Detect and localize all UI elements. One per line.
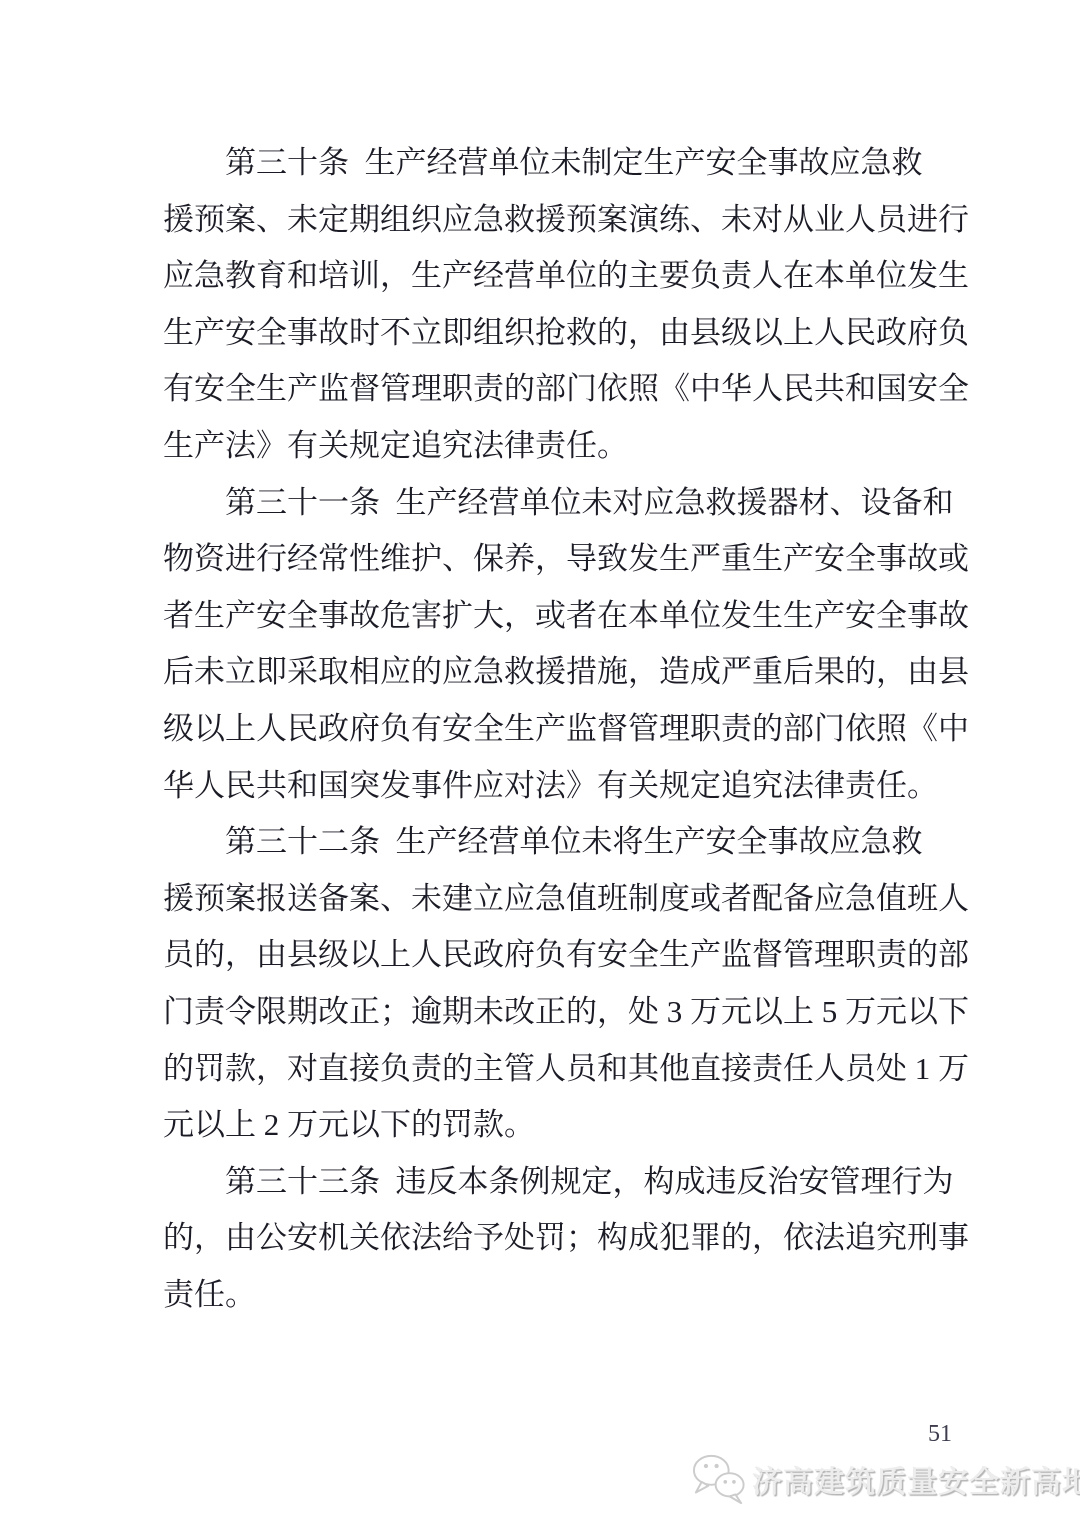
text-line: 援预案、未定期组织应急救援预案演练、未对从业人员进行 [163,192,929,249]
text-line: 援预案报送备案、未建立应急值班制度或者配备应急值班人 [163,871,929,928]
text-line: 第三十二条 生产经营单位未将生产安全事故应急救 [163,814,929,871]
text-line: 生产安全事故时不立即组织抢救的，由县级以上人民政府负 [163,305,929,362]
text-line: 第三十条 生产经营单位未制定生产安全事故应急救 [163,135,929,192]
document-page: 第三十条 生产经营单位未制定生产安全事故应急救援预案、未定期组织应急救援预案演练… [0,0,1080,1527]
text-line: 员的，由县级以上人民政府负有安全生产监督管理职责的部 [163,927,929,984]
page-number: 51 [928,1420,952,1448]
text-line: 门责令限期改正；逾期未改正的，处 3 万元以上 5 万元以下 [163,984,929,1041]
document-body: 第三十条 生产经营单位未制定生产安全事故应急救援预案、未定期组织应急救援预案演练… [163,135,929,1323]
watermark-text: 济高建筑质量安全新高地 [752,1457,1080,1501]
text-line: 责任。 [163,1267,929,1324]
text-line: 后未立即采取相应的应急救援措施，造成严重后果的，由县 [163,644,929,701]
text-line: 级以上人民政府负有安全生产监督管理职责的部门依照《中 [163,701,929,758]
text-line: 的罚款，对直接负责的主管人员和其他直接责任人员处 1 万 [163,1041,929,1098]
text-line: 元以上 2 万元以下的罚款。 [163,1097,929,1154]
text-line: 有安全生产监督管理职责的部门依照《中华人民共和国安全 [163,361,929,418]
text-line: 物资进行经常性维护、保养，导致发生严重生产安全事故或 [163,531,929,588]
text-line: 第三十三条 违反本条例规定，构成违反治安管理行为 [163,1154,929,1211]
text-line: 第三十一条 生产经营单位未对应急救援器材、设备和 [163,475,929,532]
text-line: 应急教育和培训，生产经营单位的主要负责人在本单位发生 [163,248,929,305]
text-line: 生产法》有关规定追究法律责任。 [163,418,929,475]
text-line: 者生产安全事故危害扩大，或者在本单位发生生产安全事故 [163,588,929,645]
text-line: 的，由公安机关依法给予处罚；构成犯罪的，依法追究刑事 [163,1210,929,1267]
watermark: 济高建筑质量安全新高地 [690,1450,1080,1508]
wechat-icon [690,1452,748,1506]
text-line: 华人民共和国突发事件应对法》有关规定追究法律责任。 [163,758,929,815]
